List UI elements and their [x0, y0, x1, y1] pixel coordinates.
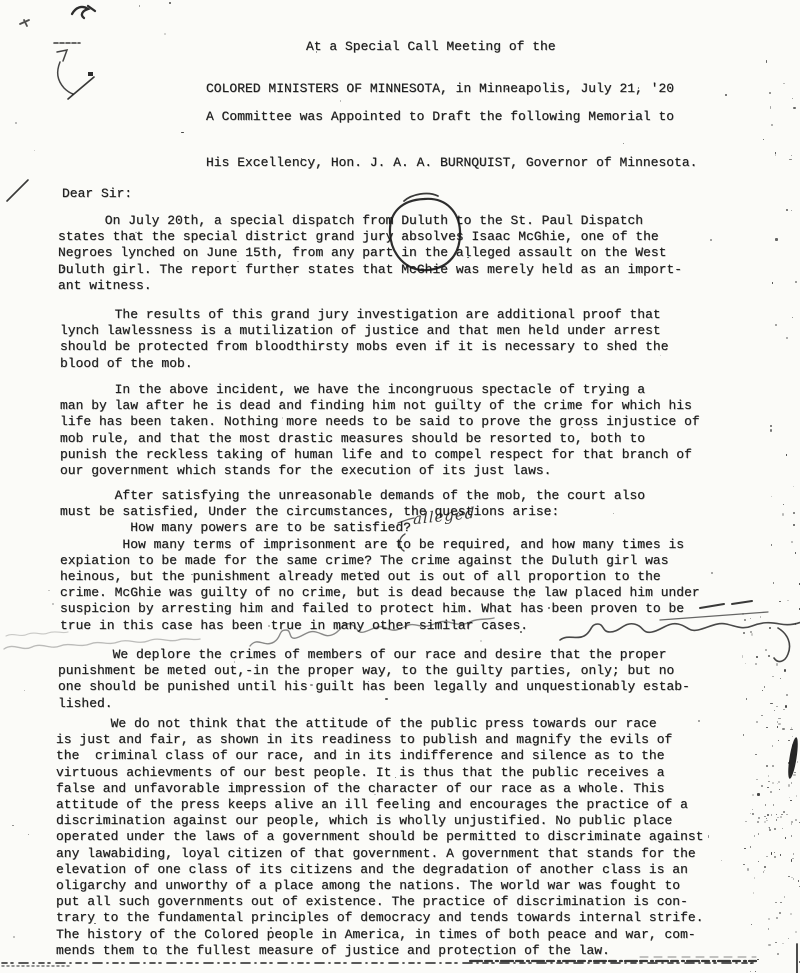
- noise-speck: [786, 814, 788, 815]
- noise-speck: [788, 938, 789, 939]
- small-margin-mark: [20, 20, 29, 26]
- noise-speck: [756, 779, 758, 780]
- margin-ink-dot: [88, 72, 93, 76]
- noise-speck: [750, 618, 751, 619]
- noise-speck: [775, 324, 777, 326]
- noise-speck: [770, 425, 772, 426]
- paragraph-5: We deplore the crimes of members of our …: [58, 647, 690, 712]
- noise-speck: [744, 619, 746, 621]
- noise-speck: [778, 781, 780, 783]
- noise-speck: [791, 823, 793, 825]
- noise-speck: [767, 787, 769, 788]
- margin-slash-mark: [7, 180, 28, 201]
- paragraph-3: In the above incident, we have the incon…: [60, 382, 700, 479]
- noise-speck: [791, 821, 793, 823]
- noise-speck: [746, 698, 747, 700]
- margin-diagonal-stroke: [68, 77, 94, 99]
- noise-speck: [169, 2, 171, 4]
- noise-speck: [771, 496, 772, 498]
- noise-speck: [12, 825, 14, 826]
- header-line-3: A Committee was Appointed to Draft the f…: [206, 109, 674, 125]
- handwriting-squiggle-left2: [6, 632, 68, 636]
- noise-speck: [795, 552, 797, 554]
- noise-speck: [786, 454, 787, 456]
- noise-speck: [765, 649, 767, 651]
- noise-speck: [783, 83, 785, 85]
- noise-speck: [754, 877, 755, 879]
- noise-speck: [52, 603, 54, 605]
- noise-speck: [791, 877, 793, 878]
- noise-speck: [783, 709, 785, 710]
- noise-speck: [164, 33, 166, 35]
- noise-speck: [792, 736, 793, 738]
- noise-speck: [768, 827, 770, 828]
- noise-speck: [785, 837, 786, 839]
- noise-speck: [768, 944, 770, 946]
- noise-speck: [775, 152, 776, 154]
- noise-speck: [774, 856, 776, 858]
- noise-speck: [787, 600, 789, 601]
- noise-speck: [771, 544, 772, 547]
- noise-speck: [789, 159, 792, 160]
- paragraph-4: After satisfying the unreasonable demand…: [60, 488, 700, 634]
- noise-speck: [773, 804, 774, 806]
- paragraph-6: We do not think that the attitude of the…: [56, 716, 704, 959]
- noise-speck: [764, 816, 767, 817]
- document-page: At a Special Call Meeting of the COLORED…: [0, 0, 800, 973]
- noise-speck: [743, 864, 745, 865]
- noise-speck: [797, 761, 798, 764]
- noise-speck: [794, 772, 796, 773]
- noise-speck: [771, 124, 773, 126]
- noise-speck: [752, 794, 754, 796]
- noise-speck: [764, 686, 765, 688]
- noise-speck: [761, 785, 763, 787]
- noise-speck: [770, 791, 772, 793]
- noise-speck: [780, 854, 781, 856]
- noise-speck: [798, 880, 799, 882]
- noise-speck: [782, 943, 784, 944]
- noise-speck: [742, 613, 744, 615]
- noise-speck: [745, 821, 747, 822]
- noise-speck: [750, 971, 751, 972]
- noise-speck: [779, 912, 781, 914]
- pen-dash-marks: [700, 601, 752, 608]
- handwriting-flourish: [774, 628, 790, 661]
- noise-speck: [745, 663, 747, 664]
- noise-speck: [752, 813, 754, 815]
- noise-speck: [755, 971, 756, 973]
- paragraph-2: The results of this grand jury investiga…: [60, 307, 669, 372]
- noise-speck: [708, 835, 709, 838]
- noise-speck: [758, 833, 760, 835]
- noise-speck: [773, 582, 774, 585]
- noise-speck: [776, 814, 777, 815]
- noise-speck: [768, 655, 770, 657]
- noise-speck: [34, 150, 36, 151]
- noise-speck: [791, 859, 793, 862]
- noise-speck: [751, 924, 753, 926]
- noise-speck: [139, 5, 141, 7]
- noise-speck: [753, 892, 754, 894]
- noise-speck: [780, 902, 782, 903]
- noise-speck: [772, 765, 774, 767]
- noise-speck: [757, 959, 760, 960]
- noise-speck: [788, 740, 790, 741]
- noise-speck: [793, 524, 796, 526]
- noise-speck: [764, 870, 765, 871]
- noise-speck: [28, 834, 29, 835]
- noise-speck: [778, 740, 779, 742]
- noise-speck: [791, 782, 792, 784]
- header-line-1: At a Special Call Meeting of the: [306, 39, 556, 55]
- noise-speck: [784, 896, 786, 898]
- noise-speck: [770, 703, 773, 705]
- noise-speck: [766, 60, 767, 63]
- noise-speck: [480, 640, 482, 642]
- noise-speck: [770, 106, 772, 108]
- noise-speck: [725, 94, 728, 96]
- noise-speck: [774, 710, 776, 711]
- noise-speck: [721, 860, 723, 861]
- noise-speck: [756, 721, 758, 722]
- noise-speck: [795, 819, 798, 821]
- noise-speck: [764, 821, 766, 823]
- noise-speck: [766, 818, 767, 819]
- noise-speck: [792, 744, 794, 746]
- noise-speck: [776, 819, 777, 821]
- noise-speck: [791, 835, 793, 836]
- noise-speck: [755, 663, 757, 665]
- noise-speck: [750, 963, 752, 964]
- noise-speck: [775, 942, 778, 944]
- noise-speck: [756, 656, 759, 657]
- noise-speck: [791, 210, 793, 211]
- noise-speck: [792, 317, 793, 318]
- circle-annotation-tail: [404, 194, 438, 201]
- noise-speck: [788, 876, 790, 877]
- noise-speck: [744, 848, 746, 849]
- noise-speck: [771, 814, 773, 816]
- noise-speck: [752, 809, 753, 810]
- noise-speck: [750, 846, 751, 848]
- noise-speck: [788, 762, 790, 764]
- noise-speck: [779, 601, 781, 603]
- noise-speck: [782, 513, 784, 516]
- noise-speck: [777, 783, 778, 784]
- noise-speck: [775, 154, 776, 156]
- noise-speck: [775, 238, 778, 240]
- noise-speck: [757, 793, 760, 795]
- noise-speck: [783, 811, 785, 813]
- paragraph-1: On July 20th, a special dispatch from Du…: [58, 213, 682, 294]
- noise-speck: [795, 623, 796, 625]
- noise-speck: [782, 728, 784, 730]
- noise-speck: [766, 727, 768, 729]
- noise-speck: [750, 631, 752, 633]
- noise-speck: [766, 765, 768, 767]
- noise-speck: [771, 852, 772, 854]
- noise-speck: [772, 676, 774, 677]
- noise-speck: [769, 829, 770, 831]
- noise-speck: [623, 143, 625, 145]
- noise-speck: [790, 913, 792, 915]
- noise-speck: [769, 92, 771, 94]
- noise-speck: [790, 729, 793, 730]
- noise-speck: [772, 282, 773, 283]
- noise-speck: [793, 107, 796, 109]
- noise-speck: [790, 800, 791, 801]
- noise-speck: [777, 817, 779, 819]
- noise-speck: [768, 781, 770, 782]
- noise-speck: [757, 821, 759, 823]
- noise-speck: [791, 541, 793, 543]
- noise-speck: [777, 953, 779, 955]
- noise-speck: [758, 861, 759, 862]
- noise-speck: [763, 871, 764, 874]
- noise-speck: [766, 820, 768, 821]
- top-scribble: [72, 6, 95, 18]
- noise-speck: [795, 281, 797, 283]
- header-line-4: His Excellency, Hon. J. A. A. BURNQUIST,…: [206, 155, 697, 171]
- header-line-2: COLORED MINISTERS OF MINNESOTA, in Minne…: [206, 81, 674, 97]
- noise-speck: [762, 690, 763, 691]
- noise-speck: [777, 726, 779, 728]
- noise-speck: [181, 132, 184, 133]
- noise-speck: [767, 814, 769, 816]
- noise-speck: [779, 789, 780, 790]
- noise-speck: [769, 827, 770, 829]
- noise-speck: [795, 931, 797, 932]
- noise-speck: [793, 774, 796, 776]
- noise-speck: [772, 745, 773, 746]
- noise-speck: [775, 902, 777, 903]
- noise-speck: [750, 813, 751, 814]
- noise-speck: [774, 828, 776, 830]
- noise-speck: [743, 734, 744, 736]
- right-edge-ink-blob: [786, 737, 799, 780]
- noise-speck: [781, 814, 783, 815]
- noise-speck: [763, 139, 764, 140]
- noise-speck: [793, 878, 794, 879]
- noise-speck: [772, 782, 774, 784]
- noise-speck: [710, 239, 712, 241]
- noise-speck: [778, 718, 781, 720]
- noise-speck: [786, 694, 788, 696]
- noise-speck: [776, 706, 779, 707]
- noise-speck: [778, 723, 781, 725]
- noise-speck: [766, 856, 768, 858]
- noise-speck: [780, 816, 782, 819]
- noise-speck: [768, 775, 770, 777]
- noise-speck: [15, 122, 16, 124]
- noise-speck: [796, 795, 797, 797]
- noise-speck: [783, 504, 784, 505]
- noise-speck: [768, 918, 770, 920]
- noise-speck: [761, 715, 763, 716]
- noise-speck: [340, 100, 341, 103]
- noise-speck: [789, 797, 791, 798]
- noise-speck: [782, 828, 784, 829]
- noise-speck: [742, 655, 743, 658]
- noise-speck: [755, 754, 757, 755]
- noise-speck: [777, 721, 778, 723]
- noise-speck: [780, 678, 781, 679]
- noise-speck: [776, 663, 778, 666]
- noise-speck: [793, 853, 795, 855]
- noise-speck: [760, 616, 761, 618]
- noise-speck: [711, 572, 713, 574]
- noise-speck: [786, 209, 788, 211]
- noise-speck: [743, 632, 745, 634]
- noise-speck: [770, 429, 772, 431]
- noise-speck: [791, 155, 793, 157]
- noise-speck: [24, 690, 25, 691]
- salutation: Dear Sir:: [62, 186, 132, 202]
- noise-speck: [747, 868, 749, 871]
- noise-speck: [791, 727, 793, 729]
- noise-speck: [764, 866, 766, 868]
- noise-speck: [776, 917, 778, 919]
- noise-speck: [785, 705, 787, 708]
- margin-check-figure: [57, 50, 73, 94]
- noise-speck: [786, 337, 788, 339]
- noise-speck: [758, 817, 760, 819]
- noise-speck: [792, 98, 793, 99]
- noise-speck: [793, 512, 795, 514]
- noise-speck: [765, 804, 766, 807]
- noise-speck: [788, 784, 790, 787]
- noise-speck: [13, 936, 15, 938]
- noise-speck: [793, 486, 794, 488]
- noise-speck: [769, 627, 771, 629]
- noise-speck: [784, 669, 786, 671]
- noise-speck: [754, 835, 755, 837]
- noise-speck: [751, 633, 753, 636]
- noise-speck: [48, 590, 49, 591]
- noise-speck: [792, 858, 794, 859]
- noise-speck: [774, 852, 775, 853]
- noise-speck: [768, 928, 769, 930]
